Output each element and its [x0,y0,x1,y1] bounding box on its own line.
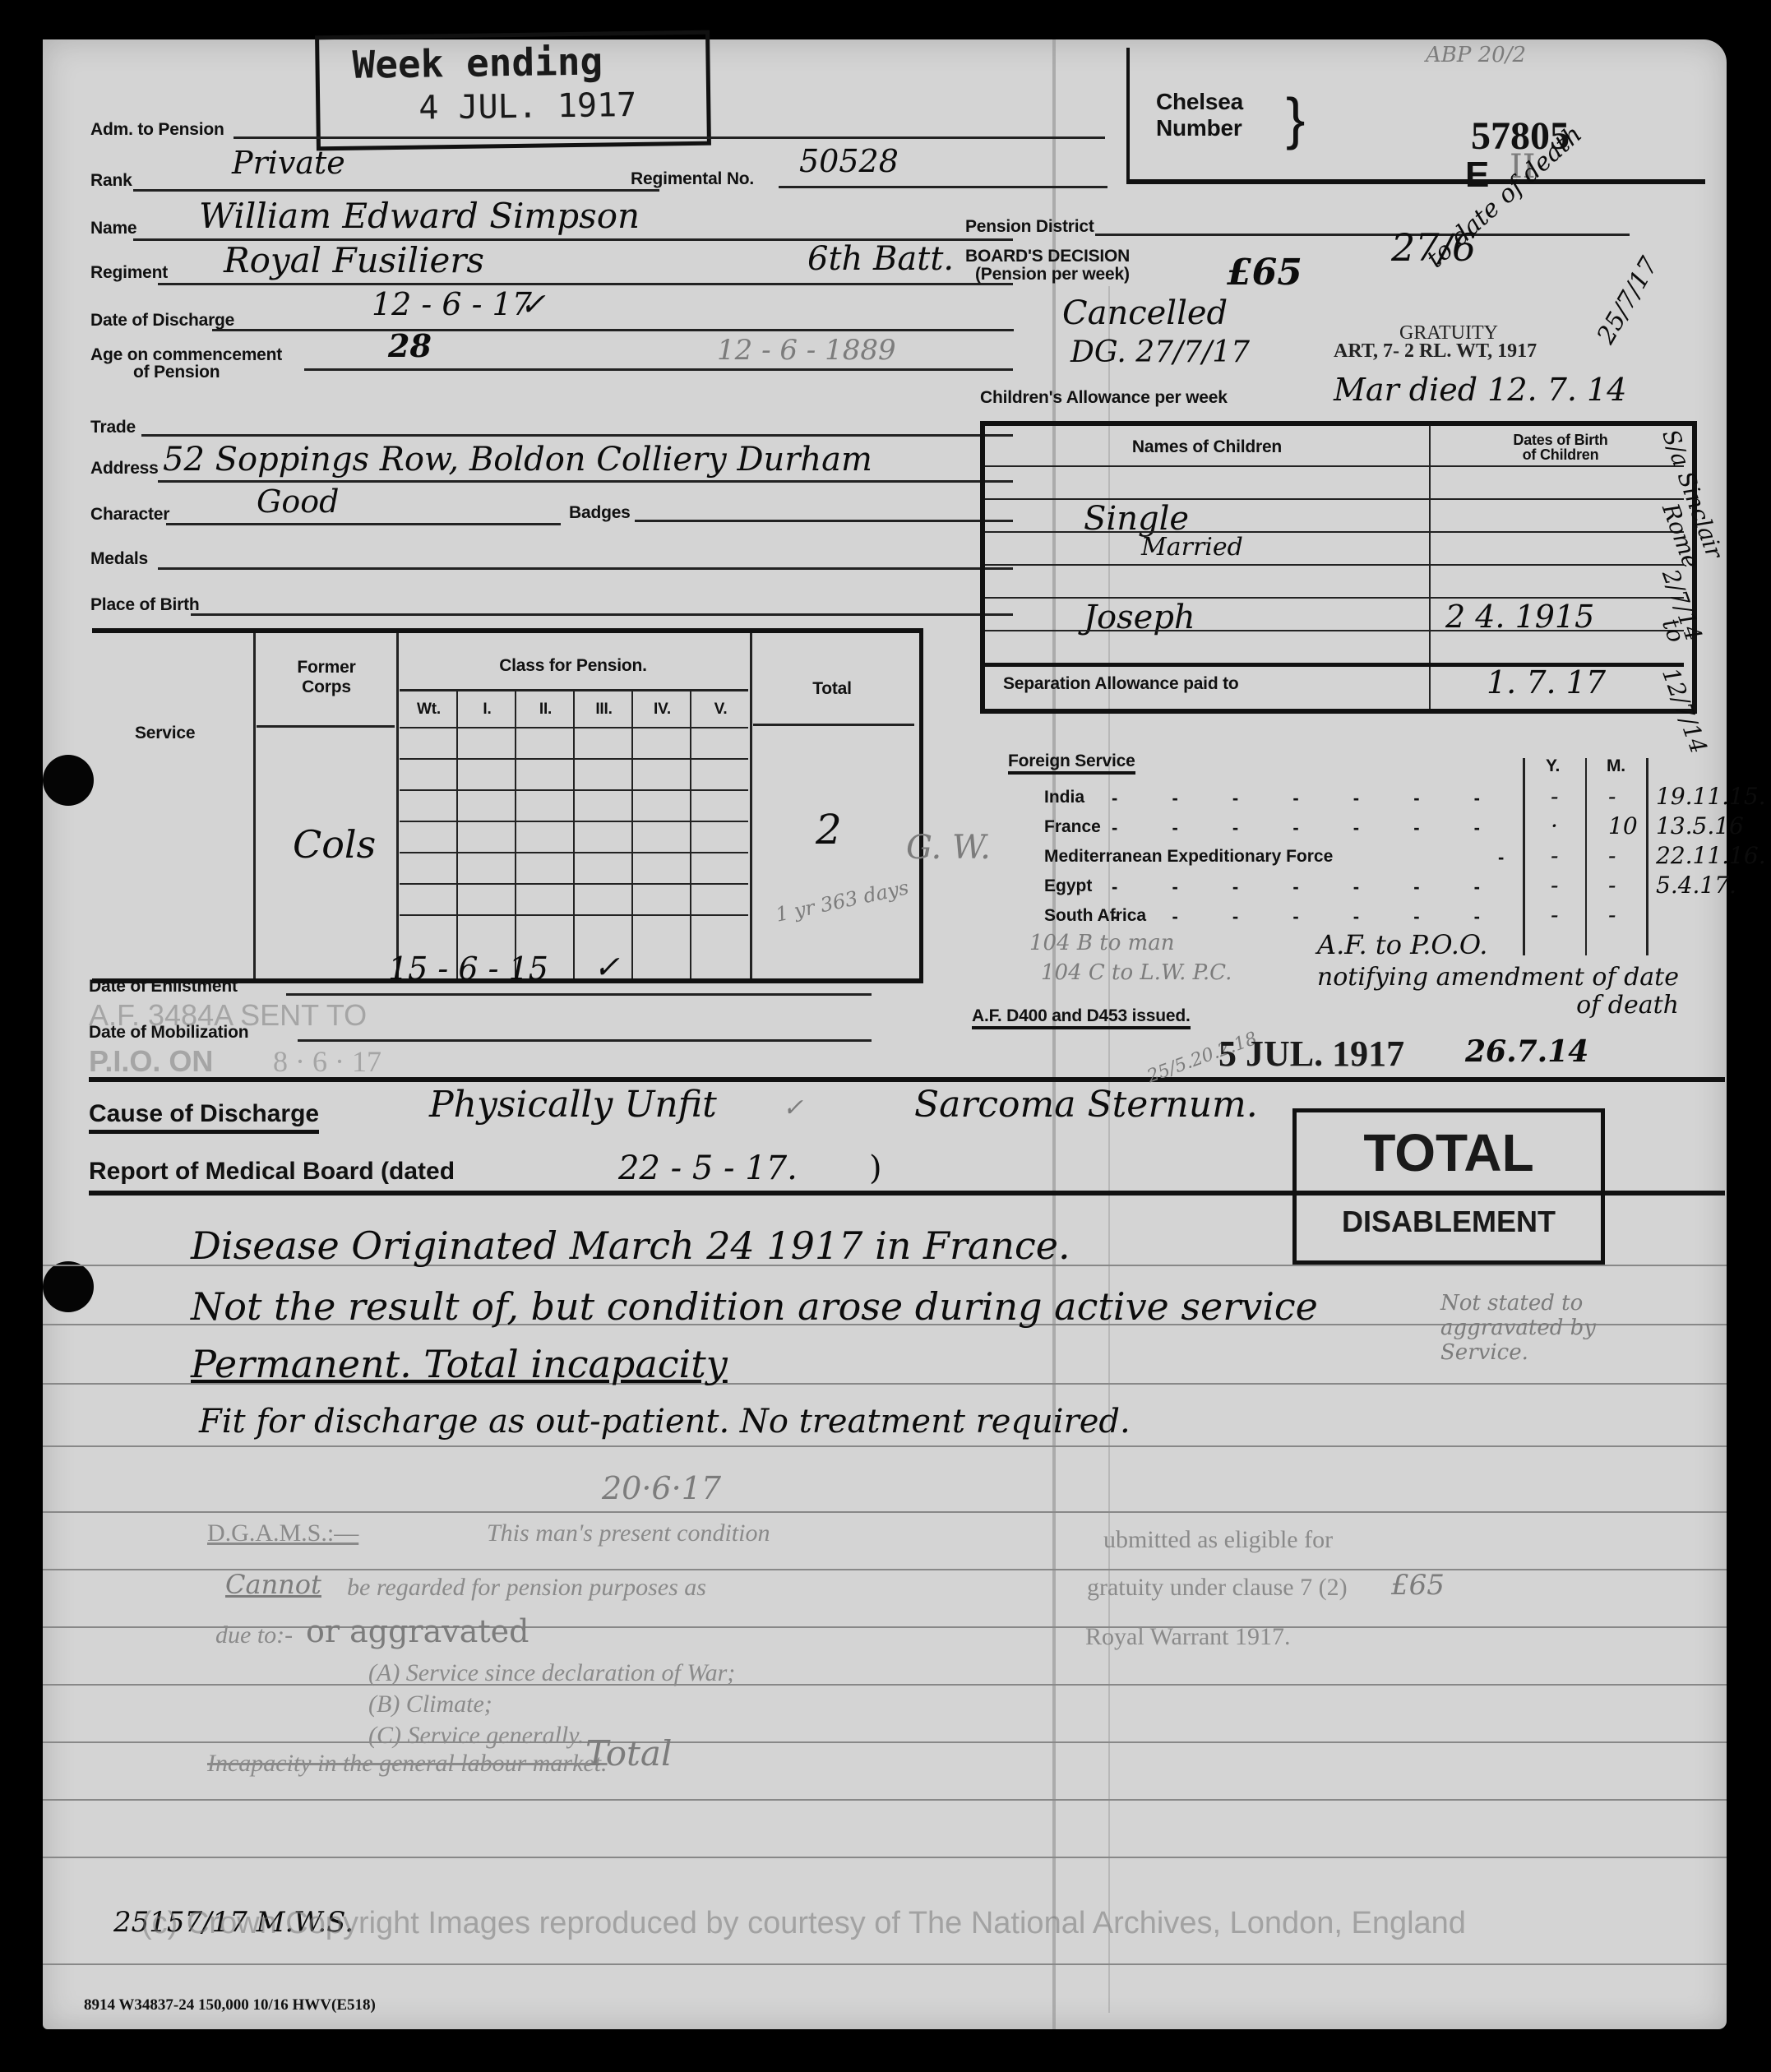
service-table: Service Former Corps Class for Pension. … [92,628,923,983]
children-names-header: Names of Children [985,437,1429,457]
cancelled-date: DG. 27/7/17 [1070,335,1250,369]
report-line: Fit for discharge as out-patient. No tre… [199,1403,1131,1441]
foreign-service-years: - [1551,872,1558,899]
gratuity-line3: Royal Warrant 1917. [1085,1623,1290,1651]
dgams-date-note: 20·6·17 [602,1470,721,1506]
children-dob-header: Dates of Birth of Children [1429,432,1692,462]
medical-board-label: Report of Medical Board (dated [89,1158,455,1186]
chelsea-brace: } [1286,86,1305,151]
cause-of-discharge-label: Cause of Discharge [89,1100,319,1134]
leader-dots: - - - - - - - - - [1112,788,1514,809]
adm-to-pension-label: Adm. to Pension [90,120,224,140]
separation-allowance-label: Separation Allowance paid to [1003,674,1239,694]
age-value: 28 [388,327,432,364]
leader-dots: - - - - - - - - - [1112,906,1514,927]
paper-fold [1052,39,1056,2029]
dgams-cannot: Cannot [225,1569,321,1600]
gratuity-amount: £65 [1391,1569,1445,1602]
foreign-service-months: - [1608,901,1616,928]
rank-value: Private [232,145,345,181]
pension-per-week-label: (Pension per week) [975,265,1130,284]
pension-record-card: Week ending 4 JUL. 1917 Adm. to Pension … [43,39,1727,2029]
fs-pencil-note-1: 104 B to man [1029,931,1175,955]
foreign-service-date: 5.4.17. [1656,872,1736,899]
service-pencil-note: 1 yr 363 days [774,876,911,927]
place-of-birth-label: Place of Birth [90,595,200,615]
former-corps-value: Cols [293,822,376,867]
medical-board-close: ) [869,1149,882,1187]
cancelled-note: Cancelled [1062,294,1228,332]
leader-dots: - - - - - - - - - [1112,876,1514,898]
mar-died-note: Mar died 12. 7. 14 [1334,372,1626,408]
foreign-service-months: - [1608,872,1616,899]
leader-dots: - - - - - - - - - [1498,847,1514,868]
regimental-no-value: 50528 [799,143,899,179]
foreign-service-place: Mediterranean Expeditionary Force [1044,847,1333,867]
report-line: Not the result of, but condition arose d… [191,1284,1318,1329]
week-ending-stamp: Week ending 4 JUL. 1917 [315,30,711,151]
class-header: IV. [633,701,691,719]
enlistment-date-value: 15 - 6 - 15 [388,950,548,987]
rank-label: Rank [90,171,132,191]
foreign-service-place: India [1044,788,1084,807]
foreign-service-months: - [1608,783,1616,810]
fs-years-header: Y. [1546,756,1560,776]
total-disablement-stamp: TOTAL DISABLEMENT [1292,1108,1605,1265]
disablement-stamp-text: DISABLEMENT [1297,1205,1601,1239]
boards-decision-label: BOARD'S DECISION [965,247,1130,266]
fs-months-header: M. [1607,756,1625,776]
total-header: Total [750,679,914,699]
af-stamp-date: 8 · 6 · 17 [273,1044,381,1079]
foreign-service-months: - [1608,842,1616,869]
dgams-option: (B) Climate; [368,1690,492,1718]
class-header: V. [691,701,750,719]
dgams-line1: This man's present condition [487,1519,770,1547]
af-to-pod-note: A.F. to P.O.O. [1317,929,1487,960]
initials-date: 25/7/17 [1592,252,1664,349]
dgams-option: (A) Service since declaration of War; [368,1659,735,1687]
dgams-line2: be regarded for pension purposes as [347,1574,706,1602]
discharge-check-icon: ✓ [520,286,546,322]
former-corps-header: Former Corps [273,658,380,697]
medical-board-date: 22 - 5 - 17. [618,1149,798,1187]
af-issued-label: A.F. D400 and D453 issued. [972,1006,1191,1029]
foreign-service-date: 19.11.15. [1656,783,1766,810]
birth-date-note: 12 - 6 - 1889 [717,334,896,367]
af-stamp-line2: P.I.O. ON [89,1044,213,1079]
address-label: Address [90,459,159,479]
children-dob-header-line1: Dates of Birth [1513,432,1607,448]
cause-of-discharge-value: Physically Unfit [429,1084,717,1126]
foreign-service-years: - [1551,783,1558,810]
foreign-service-date: 22.11.16. [1656,842,1766,869]
chelsea-pencil-note: ABP 20/2 [1426,43,1526,67]
service-header: Service [135,724,195,743]
received-date-stamp: 5 JUL. 1917 [1218,1033,1404,1075]
fs-pencil-note-2: 104 C to L.W. P.C. [1041,960,1232,985]
class-header: I. [458,701,516,719]
report-line: Disease Originated March 24 1917 in Fran… [191,1223,1070,1268]
report-side-note: Not stated to aggravated by Service. [1440,1291,1638,1365]
child-name: Married [1141,533,1243,562]
foreign-service-months: 10 [1608,812,1638,839]
foreign-service-years: - [1551,842,1558,869]
enlistment-label: Date of Enlistment [89,977,238,997]
enlistment-check-icon: ✓ [594,949,620,985]
chelsea-series: E [1465,155,1489,196]
children-table: Names of Children Dates of Birth of Chil… [980,421,1697,714]
regiment-value: Royal Fusiliers [224,240,484,280]
dgams-aggravated: or aggravated [306,1613,529,1649]
notifying-amendment-note: notifying amendment of date of death [1292,964,1679,1020]
age-label-line2: of Pension [133,363,220,382]
battalion-value: 6th Batt. [807,240,954,278]
address-value: 52 Soppings Row, Boldon Colliery Durham [163,441,872,479]
dgams-incapacity-value: Total [585,1733,672,1774]
punch-hole-top [43,755,94,806]
childrens-allowance-label: Children's Allowance per week [980,388,1228,408]
gratuity-line2: gratuity under clause 7 (2) [1087,1574,1348,1602]
copyright-watermark: (c) Crown Copyright Images reproduced by… [141,1906,1466,1941]
cause-check-icon: ✓ [783,1094,803,1122]
dgams-incapacity-label: Incapacity in the general labour market. [207,1750,608,1778]
gratuity-line1: ubmitted as eligible for [1103,1526,1333,1554]
diagnosis-value: Sarcoma Sternum. [914,1084,1258,1126]
name-value: William Edward Simpson [199,196,640,236]
discharge-date-value: 12 - 6 - 17 [372,286,532,322]
foreign-service-date: 13.5.16 [1656,812,1744,839]
total-value: 2 [816,806,842,853]
week-ending-label: Week ending [352,39,603,86]
leader-dots: - - - - - - - - - [1112,817,1514,839]
discharge-date-label: Date of Discharge [90,311,234,331]
dgams-option: (C) Service generally. [368,1722,584,1750]
separation-allowance-date: 1. 7. 17 [1487,664,1606,701]
week-ending-date: 4 JUL. 1917 [418,86,637,127]
trade-label: Trade [90,418,136,437]
foreign-service-years: - [1551,901,1558,928]
dgams-due-to: due to:- [215,1621,293,1649]
foreign-service-years: · [1551,812,1558,839]
character-label: Character [90,505,169,525]
total-stamp-text: TOTAL [1297,1122,1601,1183]
class-header: II. [516,701,575,719]
character-value: Good [257,483,339,520]
gw-initials-note: G. W. [906,829,991,867]
death-date-note: 26.7.14 [1465,1034,1588,1069]
regiment-label: Regiment [90,263,168,283]
foreign-service-place: Egypt [1044,876,1092,896]
regimental-no-label: Regimental No. [631,169,754,189]
report-line: Permanent. Total incapacity [191,1342,728,1386]
chelsea-label: Chelsea Number [1156,89,1243,141]
children-dob-header-line2: of Children [1523,446,1599,463]
class-for-pension-header: Class for Pension. [396,656,750,676]
chelsea-label-line2: Number [1156,115,1242,141]
chelsea-number-box: Chelsea Number } 57805 E ABP 20/2 II [1126,48,1705,184]
badges-label: Badges [569,503,631,523]
chelsea-label-line1: Chelsea [1156,89,1243,114]
foreign-service-place: France [1044,817,1101,837]
mobilization-label: Date of Mobilization [89,1023,248,1043]
class-header: III. [575,701,633,719]
name-label: Name [90,219,136,238]
dgams-header: D.G.A.M.S.:— [207,1519,358,1547]
class-header: Wt. [400,701,458,719]
print-code: 8914 W34837-24 150,000 10/16 HWV(E518) [84,1996,376,2014]
gratuity-stamp-line2: ART, 7- 2 RL. WT, 1917 [1334,340,1537,363]
punch-hole-bottom [43,1261,94,1312]
pension-district-label: Pension District [965,217,1094,237]
foreign-service-header: Foreign Service [1008,752,1135,775]
medals-label: Medals [90,549,148,569]
pension-amount: £65 [1227,252,1302,294]
